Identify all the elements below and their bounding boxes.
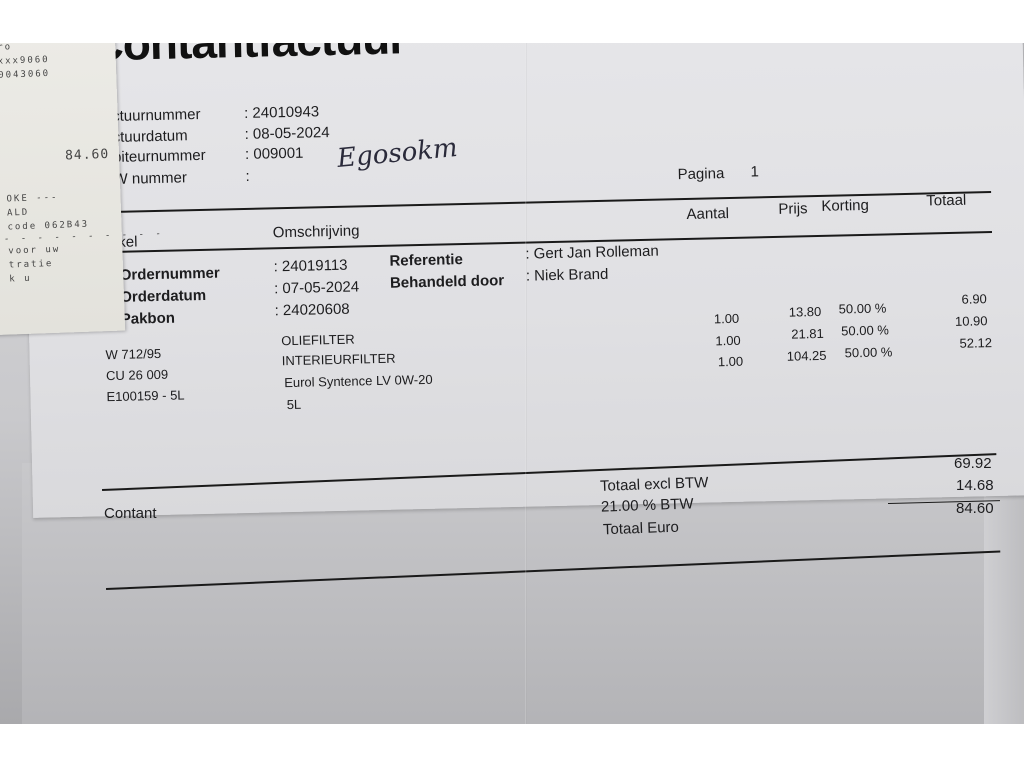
receipt-footer: voor uw (8, 245, 60, 257)
handled-by-label: Behandeld door (390, 272, 505, 292)
item-article: CU 26 009 (106, 367, 168, 383)
col-discount: Korting (821, 197, 869, 215)
vat-number-value: : (245, 168, 250, 185)
vat-label: 21.00 % BTW (601, 495, 694, 515)
item-description-extra: 5L (287, 397, 302, 412)
receipt-auth-code: code 062B43 (7, 220, 89, 233)
item-discount: 50.00 % (845, 344, 893, 360)
vat-number-label: W nummer (113, 169, 187, 188)
item-total: 52.12 (959, 335, 992, 351)
item-description: Eurol Syntence LV 0W-20 (284, 372, 433, 390)
packing-slip-value: : 24020608 (274, 301, 349, 320)
debtor-number-value: : 009001 (245, 145, 304, 163)
photo-area: D t Contantfactuur ctuurnummer : 2401094… (0, 43, 1024, 724)
receipt-line: ro (0, 43, 12, 53)
item-price: 21.81 (791, 326, 824, 342)
item-discount: 50.00 % (841, 322, 889, 338)
total-euro-label: Totaal Euro (603, 519, 679, 539)
invoice-sheet: Contantfactuur ctuurnummer : 24010943 ct… (22, 43, 1024, 518)
item-price: 104.25 (787, 348, 827, 364)
order-number-value: : 24019113 (273, 257, 347, 276)
order-date-value: : 07-05-2024 (274, 278, 359, 297)
receipt-line: 0043060 (0, 69, 50, 81)
item-price: 13.80 (789, 304, 822, 320)
payment-receipt: ro xxx9060 0043060 84.60 OKE --- ALD cod… (0, 43, 125, 335)
item-quantity: 1.00 (714, 311, 740, 327)
col-description: Omschrijving (273, 222, 360, 241)
order-number-label: Ordernummer (120, 265, 220, 284)
total-excl-value: 69.92 (954, 455, 992, 472)
invoice-number-value: : 24010943 (244, 103, 319, 122)
item-description: OLIEFILTER (281, 332, 355, 349)
col-price: Prijs (778, 200, 808, 218)
payment-method: Contant (104, 505, 157, 522)
item-quantity: 1.00 (718, 354, 744, 370)
handled-by-value: : Niek Brand (526, 266, 609, 285)
page-label: Pagina (677, 165, 724, 183)
item-description: INTERIEURFILTER (282, 351, 396, 369)
receipt-status: OKE --- (6, 193, 58, 205)
debtor-number-label: biteurnummer (113, 147, 206, 166)
invoice-date-value: : 08-05-2024 (244, 124, 329, 143)
paper-fold (525, 43, 527, 724)
receipt-status: ALD (7, 208, 30, 219)
invoice-date-label: ctuurdatum (112, 127, 187, 146)
item-article: E100159 - 5L (106, 387, 184, 404)
receipt-amount: 84.60 (65, 147, 110, 164)
invoice-title: Contantfactuur (90, 43, 407, 67)
order-date-label: Orderdatum (120, 287, 206, 306)
invoice-number-label: ctuurnummer (112, 106, 201, 125)
page-number: 1 (750, 163, 759, 180)
handwritten-mileage: Egosokm (336, 133, 459, 174)
reference-label: Referentie (389, 251, 463, 270)
item-total: 10.90 (955, 313, 988, 329)
col-quantity: Aantal (686, 205, 729, 223)
vat-value: 14.68 (956, 477, 994, 494)
item-article: W 712/95 (105, 346, 161, 362)
item-quantity: 1.00 (715, 333, 741, 349)
receipt-line: xxx9060 (0, 55, 50, 67)
item-discount: 50.00 % (839, 300, 887, 316)
col-total: Totaal (926, 192, 966, 210)
total-euro-value: 84.60 (956, 500, 994, 517)
receipt-footer: k u (9, 274, 32, 285)
packing-slip-label: Pakbon (121, 310, 176, 328)
receipt-footer: tratie (9, 259, 54, 271)
item-total: 6.90 (961, 291, 987, 307)
reference-value: : Gert Jan Rolleman (525, 243, 659, 263)
